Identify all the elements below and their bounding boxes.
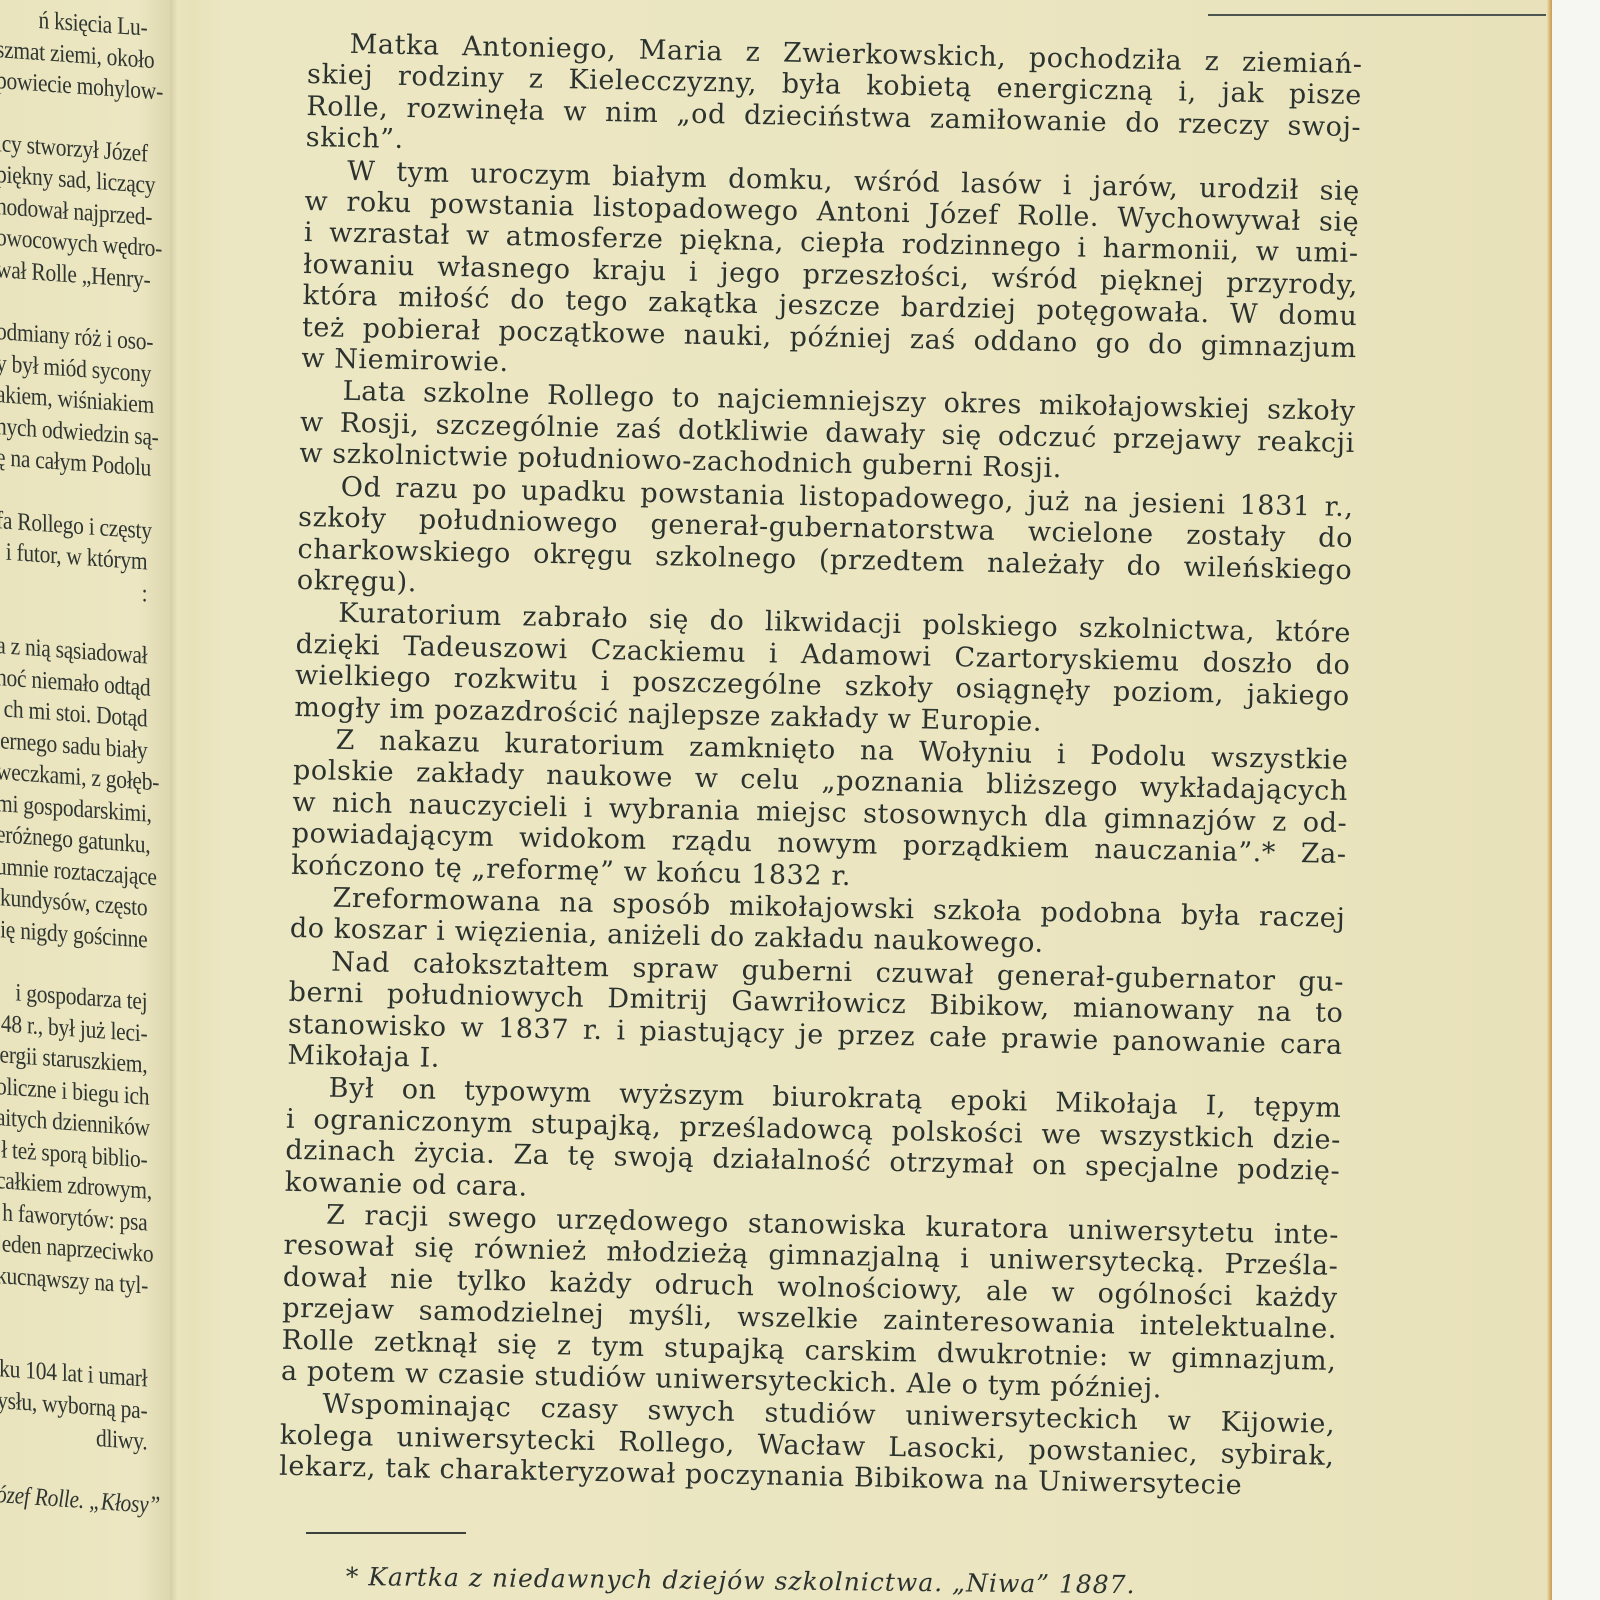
footnote: * Kartka z niedawnych dziejów szkolnictw… (346, 1562, 1136, 1599)
left-page: ń księcia Lu-szmat ziemi, okołopowiecie … (0, 0, 172, 1600)
background-outside-book (1552, 0, 1600, 1600)
footnote-rule (306, 1532, 466, 1534)
paragraph: Kuratorium zabrało się do likwidacji pol… (294, 597, 1351, 744)
book-spread: ń księcia Lu-szmat ziemi, okołopowiecie … (0, 0, 1600, 1600)
header-rule (1208, 14, 1553, 16)
paragraph: W tym uroczym białym domku, wśród lasów … (301, 155, 1360, 396)
right-page: Matka Antoniego, Maria z Zwierkowskich, … (178, 0, 1548, 1600)
paragraph: Z racji swego urzędowego stanowiska kura… (281, 1199, 1340, 1409)
left-page-text: ń księcia Lu-szmat ziemi, okołopowiecie … (0, 2, 147, 1521)
paragraph: Z nakazu kuratorium zamknięto na Wołyniu… (291, 724, 1349, 902)
main-text-column: Matka Antoniego, Maria z Zwierkowskich, … (279, 28, 1363, 1505)
book-gutter (170, 0, 178, 1600)
paragraph: Od razu po upadku powstania listopadoweg… (297, 471, 1354, 618)
paragraph: Był on typowym wyższym biurokratą epoki … (285, 1072, 1342, 1219)
paragraph: Nad całokształtem spraw guberni czuwał g… (287, 946, 1344, 1093)
paragraph: Matka Antoniego, Maria z Zwierkowskich, … (305, 28, 1362, 175)
paragraph: Wspominając czasy swych studiów uniwersy… (279, 1388, 1336, 1503)
